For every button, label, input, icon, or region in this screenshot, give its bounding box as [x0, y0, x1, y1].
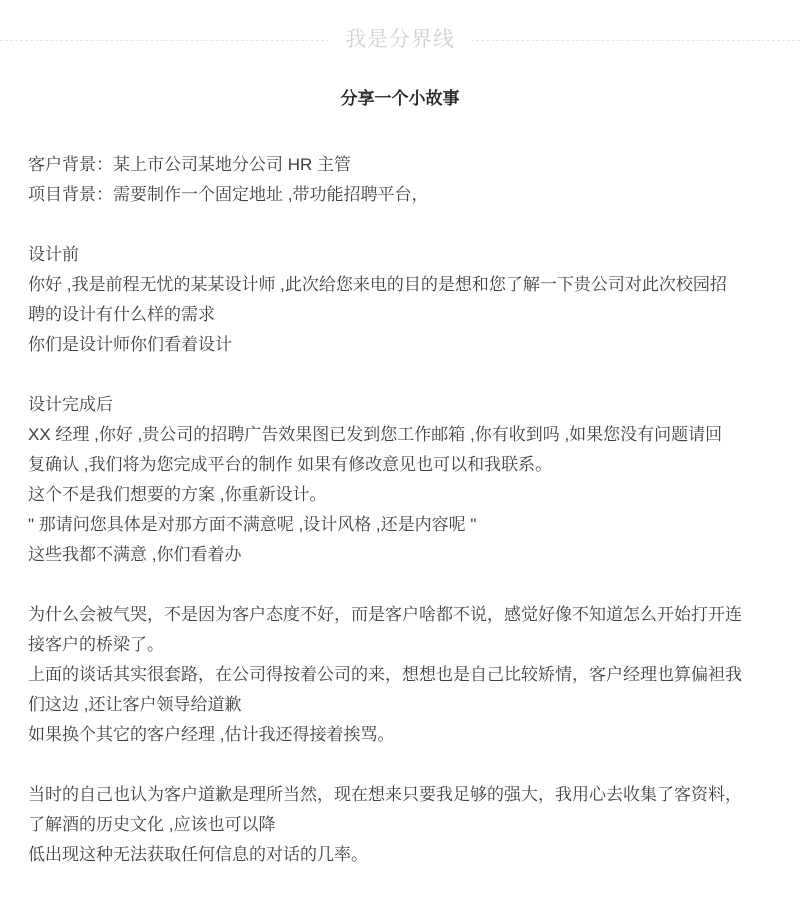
text-line: 这些我都不满意 ,你们看着办 — [28, 540, 780, 570]
text-line: 你好 ,我是前程无忧的某某设计师 ,此次给您来电的目的是想和您了解一下贵公司对此… — [28, 270, 780, 300]
blank-line — [28, 360, 780, 390]
text-line: 项目背景：需要制作一个固定地址 ,带功能招聘平台， — [28, 180, 780, 210]
divider-dash-left — [0, 40, 329, 41]
text-line: 了解酒的历史文化 ,应该也可以降 — [28, 810, 780, 840]
text-line: 当时的自己也认为客户道歉是理所当然，现在想来只要我足够的强大，我用心去收集了客资… — [28, 780, 780, 810]
article-title: 分享一个小故事 — [0, 89, 800, 109]
article-body: 客户背景：某上市公司某地分公司 HR 主管 项目背景：需要制作一个固定地址 ,带… — [0, 150, 800, 870]
blank-line — [28, 570, 780, 600]
text-line: 你们是设计师你们看着设计 — [28, 330, 780, 360]
text-line: 复确认 ,我们将为您完成平台的制作 如果有修改意见也可以和我联系。 — [28, 450, 780, 480]
text-line: 们这边 ,还让客户领导给道歉 — [28, 690, 780, 720]
section-divider: 我是分界线 — [0, 27, 800, 53]
divider-dash-right — [471, 40, 800, 41]
text-line: 低出现这种无法获取任何信息的对话的几率。 — [28, 840, 780, 870]
text-line: 如果换个其它的客户经理 ,估计我还得接着挨骂。 — [28, 720, 780, 750]
text-line: 接客户的桥梁了。 — [28, 630, 780, 660]
text-line: " 那请问您具体是对那方面不满意呢 ,设计风格 ,还是内容呢 " — [28, 510, 780, 540]
divider-label: 我是分界线 — [345, 27, 455, 53]
text-line: 设计前 — [28, 240, 780, 270]
text-line: 为什么会被气哭，不是因为客户态度不好，而是客户啥都不说，感觉好像不知道怎么开始打… — [28, 600, 780, 630]
text-line: 这个不是我们想要的方案 ,你重新设计。 — [28, 480, 780, 510]
blank-line — [28, 750, 780, 780]
text-line: 上面的谈话其实很套路，在公司得按着公司的来，想想也是自己比较矫情，客户经理也算偏… — [28, 660, 780, 690]
blank-line — [28, 210, 780, 240]
text-line: XX 经理 ,你好 ,贵公司的招聘广告效果图已发到您工作邮箱 ,你有收到吗 ,如… — [28, 420, 780, 450]
text-line: 聘的设计有什么样的需求 — [28, 300, 780, 330]
text-line: 客户背景：某上市公司某地分公司 HR 主管 — [28, 150, 780, 180]
text-line: 设计完成后 — [28, 390, 780, 420]
